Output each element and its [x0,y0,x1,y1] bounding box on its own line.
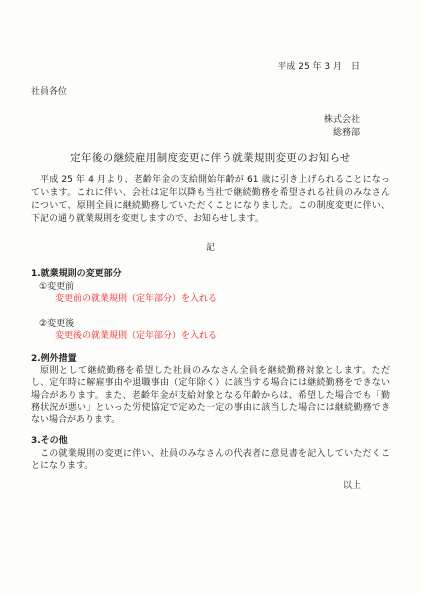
section-1-item-before: ①変更前 変更前の就業規則（定年部分）を入れる [31,281,390,306]
section-3-body: この就業規則の変更に伴い、社員のみなさんの代表者に意見書を記入していただくことに… [31,448,390,473]
section-1-heading: 1.就業規則の変更部分 [31,268,390,281]
section-1-item-after: ②変更後 変更後の就業規則（定年部分）を入れる [31,318,390,343]
sender-block: 株式会社 総務部 [31,114,390,140]
section-2-body: 原則として継続勤務を希望した社員のみなさん全員を継続勤務対象とします。ただし、定… [31,365,390,426]
change-after-placeholder-note: 変更後の就業規則（定年部分）を入れる [55,330,390,343]
document-title: 定年後の継続雇用制度変更に伴う就業規則変更のお知らせ [31,152,390,165]
intro-paragraph: 平成 25 年 4 月より、老齢年金の支給開始年齢が 61 歳に引き上げられるこ… [31,174,390,226]
change-before-placeholder-note: 変更前の就業規則（定年部分）を入れる [55,293,390,306]
document-page: 平成 25 年 3 月 日 社員各位 株式会社 総務部 定年後の継続雇用制度変更… [0,0,421,594]
recipient-line: 社員各位 [31,86,390,99]
section-3-heading: 3.その他 [31,435,390,448]
change-before-label: ①変更前 [39,281,390,294]
record-marker: 記 [31,242,390,255]
change-after-label: ②変更後 [39,318,390,331]
sender-company: 株式会社 [31,114,360,127]
section-2-heading: 2.例外措置 [31,353,390,366]
sender-department: 総務部 [31,127,360,140]
closing-marker: 以上 [31,480,390,493]
document-date: 平成 25 年 3 月 日 [31,61,390,74]
